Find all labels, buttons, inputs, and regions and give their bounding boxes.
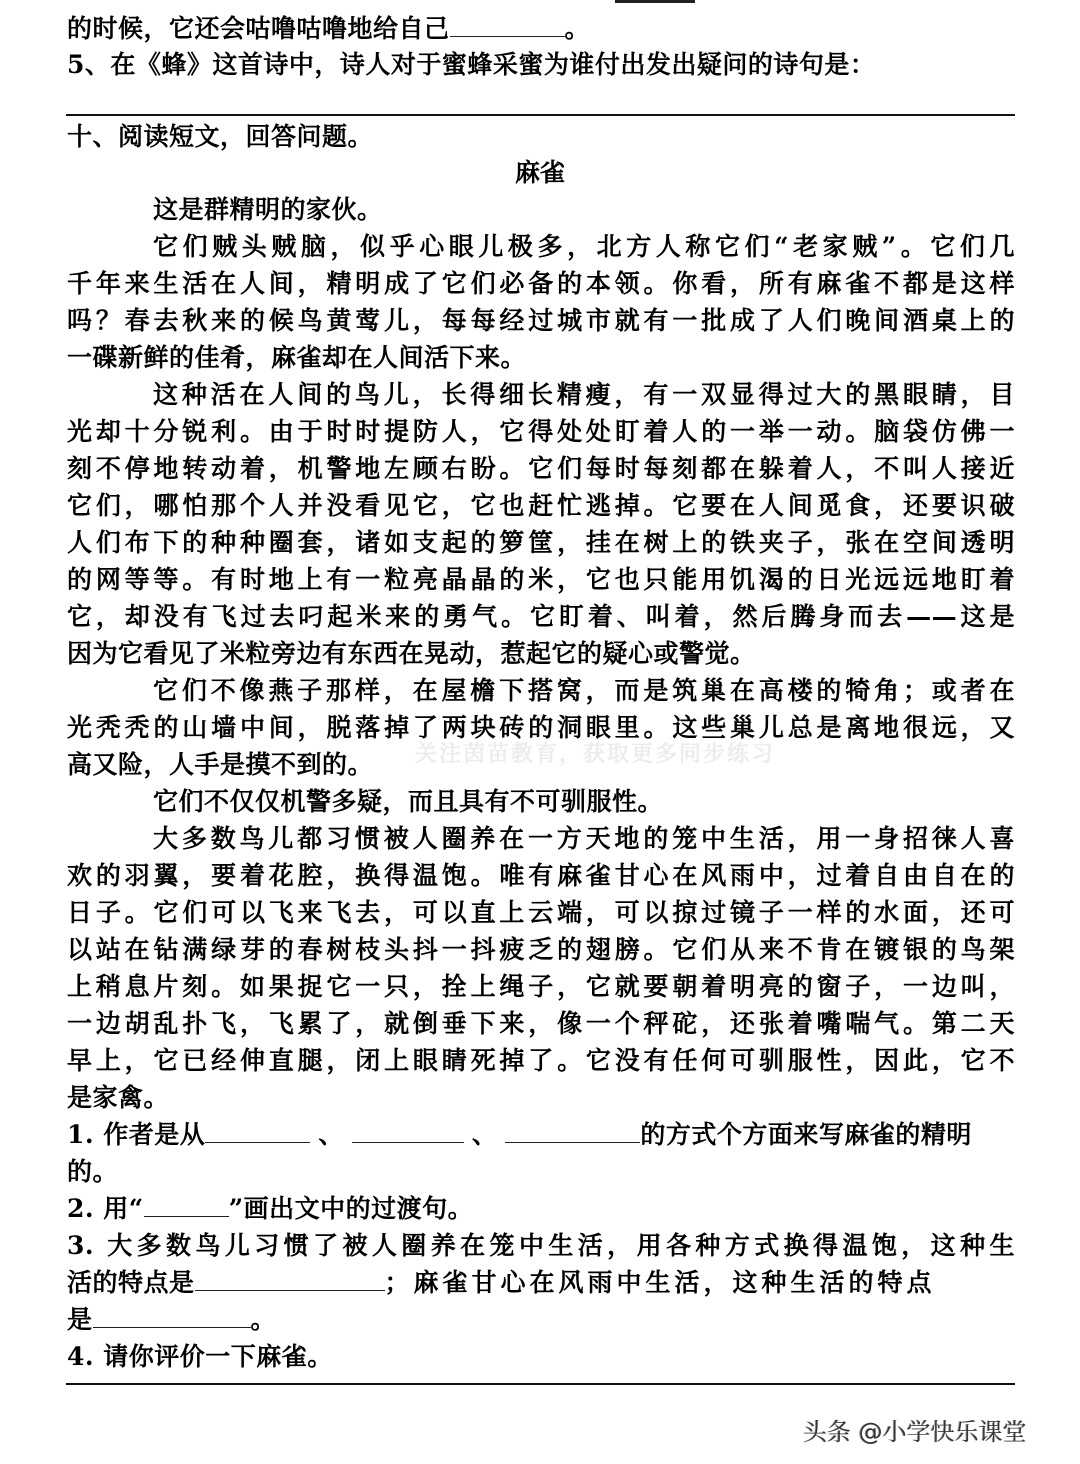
passage-line: 它们，哪怕那个人并没看见它，它也赶忙逃掉。它要在人间觅食，还要识破	[67, 487, 1015, 524]
q2-text-2: ”画出文中的过渡句。	[229, 1194, 473, 1223]
q3-text: 活的特点是	[67, 1268, 195, 1297]
passage-line: 因为它看见了米粒旁边有东西在晃动，惹起它的疑心或警觉。	[67, 635, 1015, 672]
passage-line: 一边胡乱扑飞，飞累了，就倒垂下来，像一个秤砣，还张着嘴喘气。第二天	[67, 1005, 1015, 1042]
question-1-cont: 的。	[67, 1153, 1015, 1190]
q1-text-2: 的方式个方面来写麻雀的精明	[640, 1120, 972, 1149]
passage-line: 吗？春去秋来的候鸟黄莺儿，每每经过城市就有一批成了人们晚间酒桌上的	[67, 302, 1015, 339]
answer-blank[interactable]	[450, 14, 565, 37]
period: 。	[251, 1305, 277, 1334]
footer-watermark: 头条 @小学快乐课堂	[803, 1412, 1027, 1447]
question-3: 3. 大多数鸟儿习惯了被人圈养在笼中生活，用各种方式换得温饱，这种生	[67, 1227, 1015, 1264]
q1-blank-1[interactable]	[205, 1120, 310, 1143]
question-1: 1. 作者是从、、的方式个方面来写麻雀的精明	[67, 1116, 1015, 1153]
passage-line: 早上，它已经伸直腿，闭上眼睛死掉了。它没有任何可驯服性，因此，它不	[67, 1042, 1015, 1079]
q2-blank[interactable]	[144, 1194, 229, 1217]
separator: 、	[472, 1120, 498, 1149]
passage-line: 上稍息片刻。如果捉它一只，拴上绳子，它就要朝着明亮的窗子，一边叫，	[67, 968, 1015, 1005]
q3-blank-1[interactable]	[195, 1268, 385, 1291]
passage-line: 刻不停地转动着，机警地左顾右盼。它们每时每刻都在躲着人，不叫人接近	[67, 450, 1015, 487]
separator: 、	[318, 1120, 344, 1149]
answer-line-q5[interactable]	[66, 114, 1015, 116]
passage-line: 欢的羽翼，要着花腔，换得温饱。唯有麻雀甘心在风雨中，过着自由自在的	[67, 857, 1015, 894]
top-cropped-rule	[615, 0, 695, 3]
question-3-cont-2: 是。	[67, 1301, 1015, 1338]
section-10-heading: 十、阅读短文，回答问题。	[67, 118, 1015, 155]
q3-text-2: ；麻雀甘心在风雨中生活，这种生活的特点	[385, 1268, 936, 1297]
question-5: 5、在《蜂》这首诗中，诗人对于蜜蜂采蜜为谁付出发出疑问的诗句是：	[67, 46, 1015, 83]
question-4: 4. 请你评价一下麻雀。	[67, 1338, 1015, 1375]
q3-text-3: 是	[67, 1305, 93, 1334]
passage-line: 光却十分锐利。由于时时提防人，它得处处盯着人的一举一动。脑袋仿佛一	[67, 413, 1015, 450]
question-2: 2. 用“”画出文中的过渡句。	[67, 1190, 1015, 1227]
passage-line: 日子。它们可以飞来飞去，可以直上云端，可以掠过镜子一样的水面，还可	[67, 894, 1015, 931]
passage-line: 人们布下的种种圈套，诸如支起的箩筐，挂在树上的铁夹子，张在空间透明	[67, 524, 1015, 561]
prev-question-continuation: 的时候，它还会咕噜咕噜地给自己。	[67, 10, 1015, 47]
q1-text: 1. 作者是从	[67, 1120, 205, 1149]
passage-line: 这是群精明的家伙。	[153, 191, 1015, 228]
period: 。	[565, 14, 591, 43]
passage-line: 千年来生活在人间，精明成了它们必备的本领。你看，所有麻雀不都是这样	[67, 265, 1015, 302]
article-title: 麻雀	[0, 154, 1080, 191]
passage-line: 一碟新鲜的佳肴，麻雀却在人间活下来。	[67, 339, 1015, 376]
passage-line: 它们贼头贼脑，似乎心眼儿极多，北方人称它们“老家贼”。它们几	[153, 228, 1015, 265]
passage-line: 的网等等。有时地上有一粒亮晶晶的米，它也只能用饥渴的日光远远地盯着	[67, 561, 1015, 598]
answer-line-q4[interactable]	[66, 1383, 1015, 1385]
q2-text: 2. 用“	[67, 1194, 144, 1223]
q3-blank-2[interactable]	[93, 1305, 251, 1328]
passage-line: 这种活在人间的鸟儿，长得细长精瘦，有一双显得过大的黑眼睛，目	[153, 376, 1015, 413]
continuation-text: 的时候，它还会咕噜咕噜地给自己	[67, 14, 450, 43]
passage-line: 它们不像燕子那样，在屋檐下搭窝，而是筑巢在高楼的犄角；或者在	[153, 672, 1015, 709]
passage-line: 它，却没有飞过去叼起米来的勇气。它盯着、叫着，然后腾身而去——这是	[67, 598, 1015, 635]
passage-line: 以站在钻满绿芽的春树枝头抖一抖疲乏的翅膀。它们从来不肯在镀银的鸟架	[67, 931, 1015, 968]
faint-watermark: 关注茵苗教育，获取更多同步练习	[415, 737, 775, 768]
passage-line: 它们不仅仅机警多疑，而且具有不可驯服性。	[153, 783, 1015, 820]
question-3-cont: 活的特点是；麻雀甘心在风雨中生活，这种生活的特点	[67, 1264, 1015, 1301]
q1-blank-3[interactable]	[505, 1120, 640, 1143]
passage-line: 大多数鸟儿都习惯被人圈养在一方天地的笼中生活，用一身招徕人喜	[153, 820, 1015, 857]
q1-blank-2[interactable]	[352, 1120, 464, 1143]
passage-line: 是家禽。	[67, 1079, 1015, 1116]
